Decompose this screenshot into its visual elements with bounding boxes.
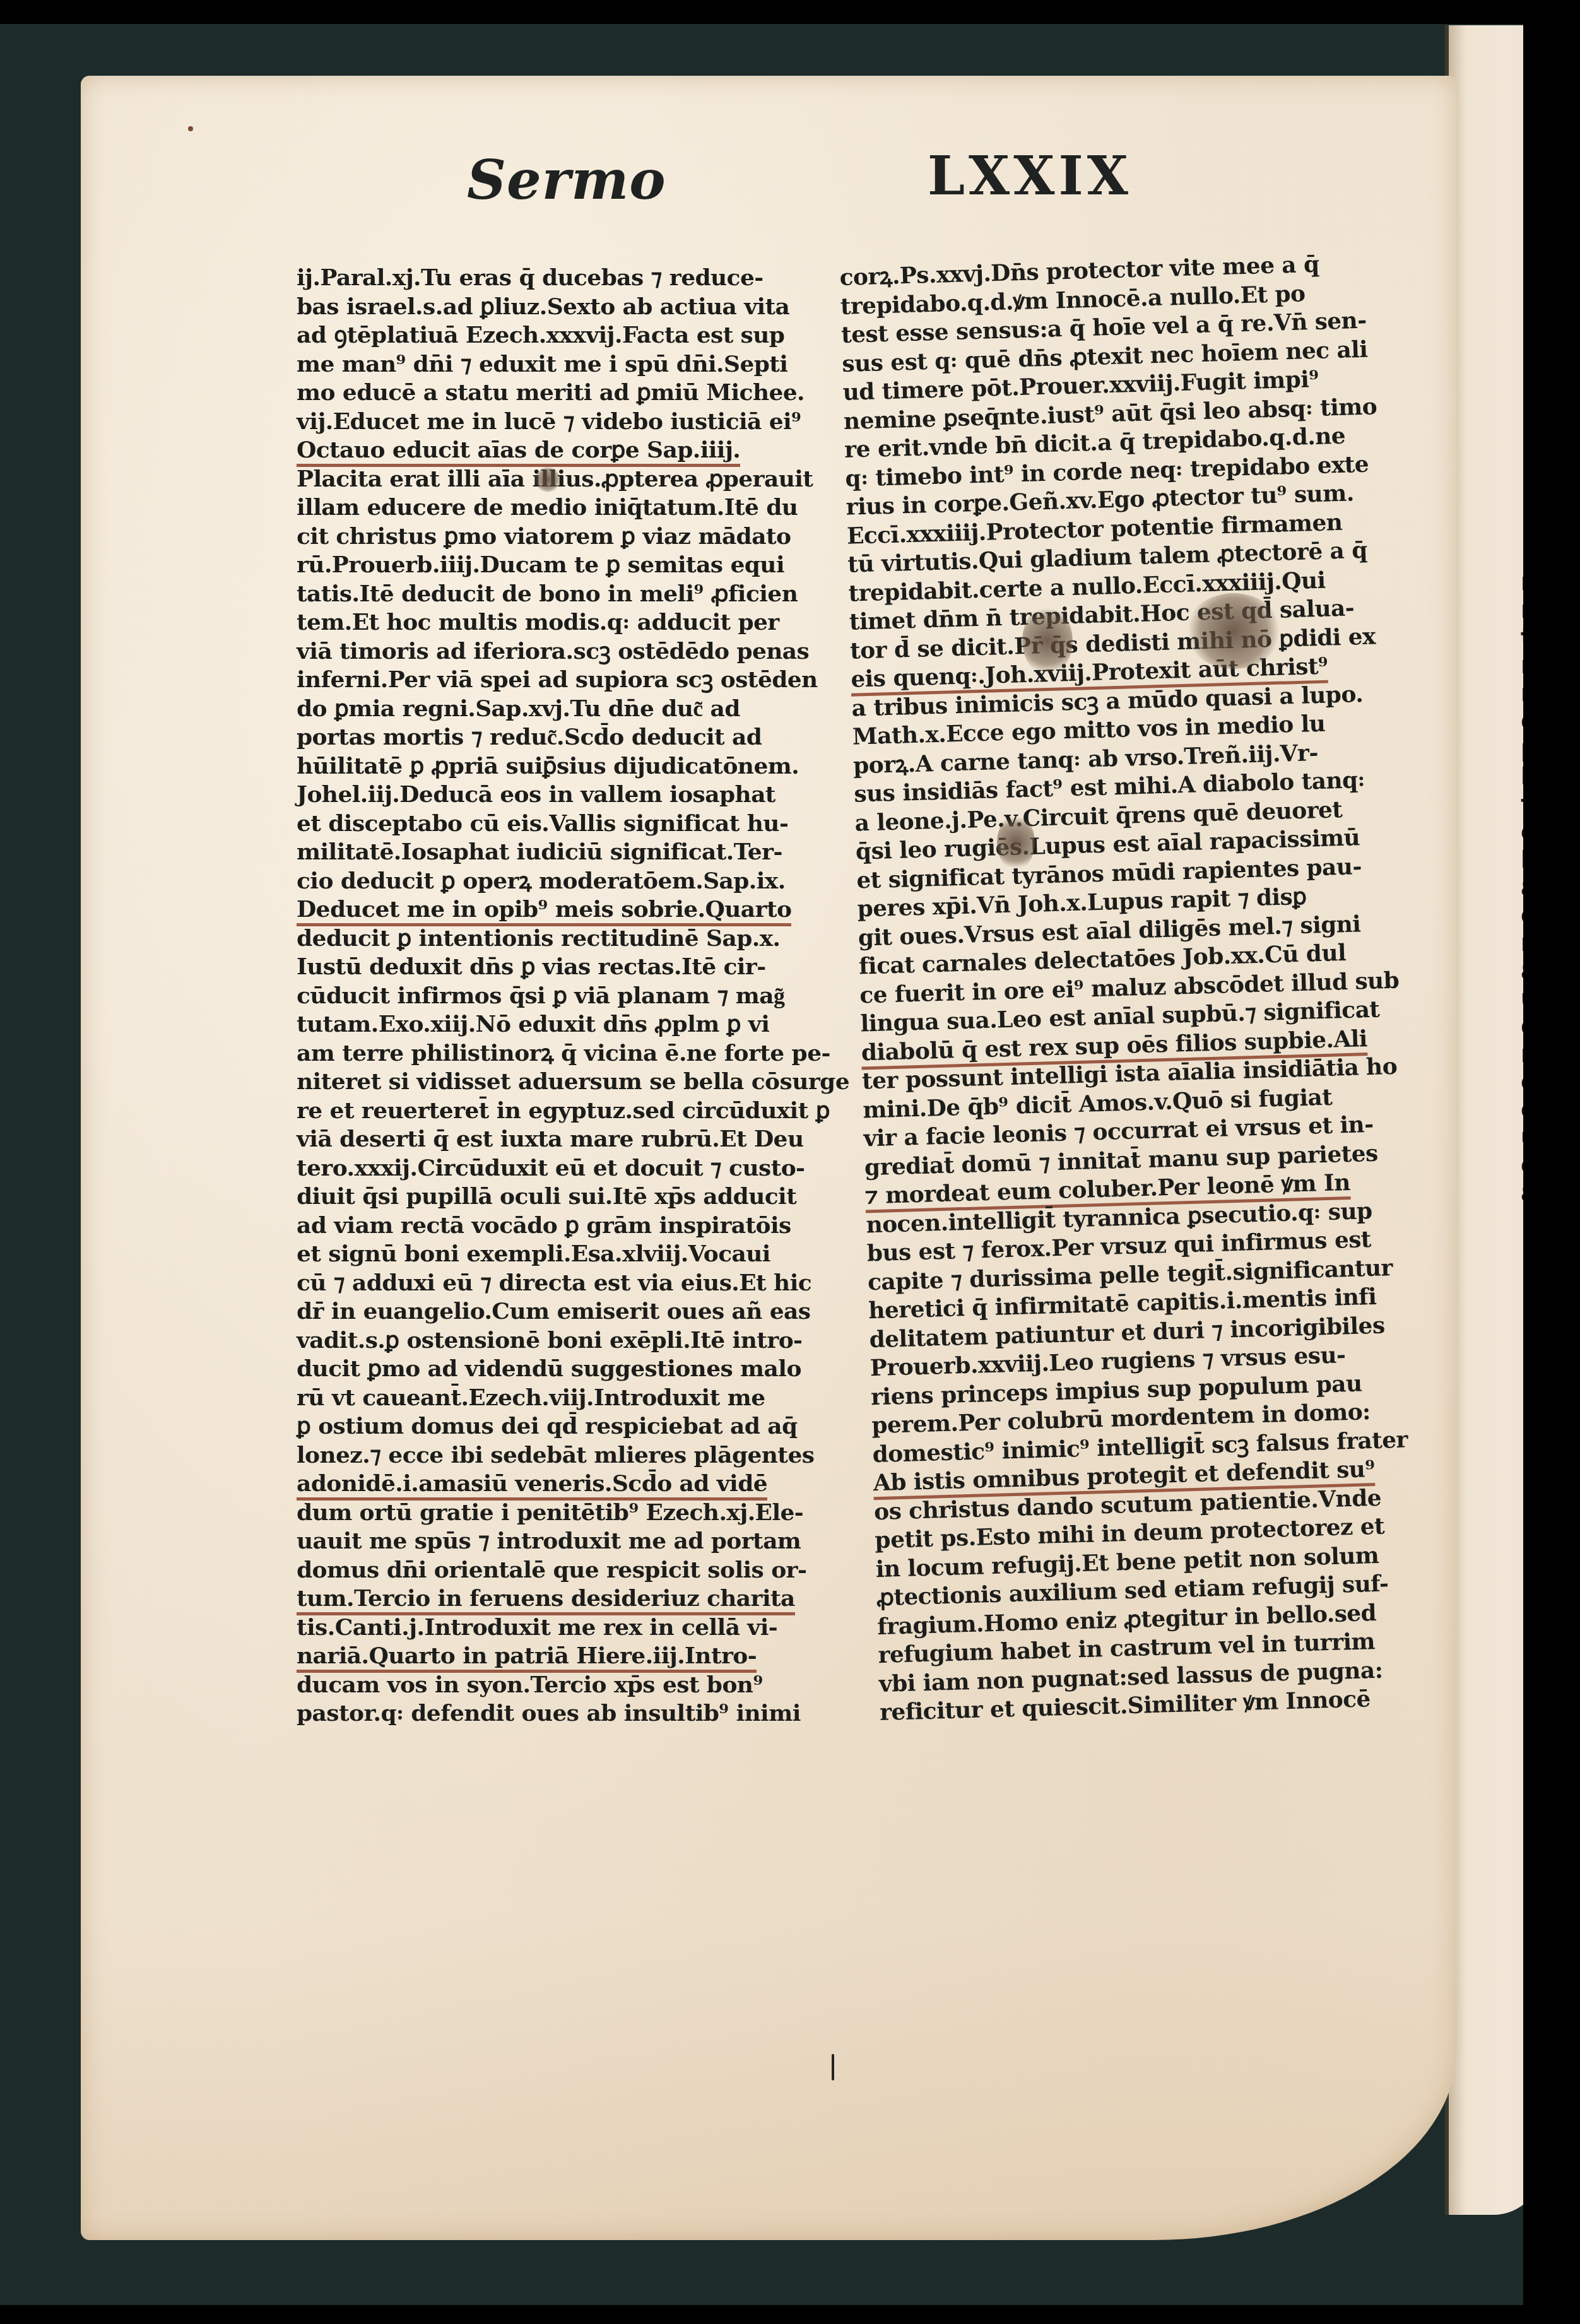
scan-border-top	[0, 0, 1580, 24]
rubricated-line: Octauo educit aīas de corꝑe Sap.iiij.	[297, 437, 740, 467]
text-line: niteret si vidisset aduersum se bella cō…	[297, 1068, 820, 1097]
text-line: cit christus ꝑmo viatorem ꝑ viaz mādato	[297, 522, 820, 552]
scan-border-bottom	[0, 2305, 1580, 2324]
text-line: cūducit infirmos q̄si ꝑ viā planam ⁊ mag…	[297, 982, 820, 1011]
text-line: Johel.iij.Deducā eos in vallem iosaphat	[297, 781, 820, 810]
text-line: Octauo educit aīas de corꝑe Sap.iiij.	[297, 436, 820, 465]
text-line: tutam.Exo.xiij.Nō eduxit dn̄s ꝓplm ꝑ vi	[297, 1010, 820, 1039]
text-line: et disceptabo cū eis.Vallis significat h…	[297, 810, 820, 839]
text-line: ducit ꝑmo ad videndū suggestiones malo	[297, 1355, 820, 1384]
foxing-spot	[188, 126, 193, 131]
ink-stain	[535, 467, 560, 492]
ink-stain	[997, 814, 1035, 871]
rubricated-line: tum.Tercio in feruens desideriuz charita	[297, 1585, 795, 1615]
text-line: mo educē a statu meriti ad ꝑmiū Michee.	[297, 379, 820, 408]
text-line: et signū boni exempli.Esa.xlviij.Vocaui	[297, 1240, 820, 1269]
text-line: do ꝑmia regni.Sap.xvj.Tu dn̄e duc͂ ad	[297, 695, 820, 724]
text-line: ducam vos in syon.Tercio xp̄s est bon⁹	[297, 1671, 820, 1700]
text-line: rū.Prouerb.iiij.Ducam te ꝑ semitas equi	[297, 551, 820, 580]
signature-mark	[832, 2054, 834, 2080]
text-line: ad ꝯtēplatiuā Ezech.xxxvij.Facta est sup	[297, 321, 820, 350]
text-line: bas israel.s.ad ꝑliuz.Sexto ab actiua vi…	[297, 293, 820, 322]
scan-border-right	[1523, 0, 1580, 2324]
text-line: hūilitatē ꝑ ꝓpriā suiꝑ̄sius dijudicatōne…	[297, 752, 820, 781]
text-line: tatis.Itē deducit de bono in meli⁹ ꝓfici…	[297, 580, 820, 609]
text-line: cū ⁊ adduxi eū ⁊ directa est via eius.Et…	[297, 1269, 820, 1298]
text-line: inferni.Per viā spei ad supiora scꝫ ostē…	[297, 666, 820, 695]
text-line: me man⁹ dn̄i ⁊ eduxit me i spū dn̄i.Sept…	[297, 350, 820, 379]
text-line: viā timoris ad iferiora.scꝫ ostēdēdo pen…	[297, 637, 820, 666]
text-line: Deducet me in opib⁹ meis sobrie.Quarto	[297, 895, 820, 924]
text-line: dr̄ in euangelio.Cum emiserit oues añ ea…	[297, 1297, 820, 1326]
text-line: diuit q̄si pupillā oculi sui.Itē xp̄s ad…	[297, 1183, 820, 1212]
text-column-right: corꝝ.Ps.xxvj.Dn̄s protector vite mee a q…	[839, 249, 1429, 1728]
text-line: tem.Et hoc multis modis.q꞉ adducit per	[297, 608, 820, 637]
rubricated-line: adonidē.i.amasiū veneris.Scd̄o ad vidē	[297, 1470, 767, 1501]
text-line: militatē.Iosaphat iudiciū significat.Ter…	[297, 838, 820, 867]
text-line: nariā.Quarto in patriā Hiere.iij.Intro-	[297, 1642, 820, 1671]
text-line: ꝑ ostium domus dei qd̄ respiciebat ad aq…	[297, 1412, 820, 1441]
text-line: tis.Canti.j.Introduxit me rex in cellā v…	[297, 1613, 820, 1643]
text-line: am terre philistinorꝝ q̄ vicina ē.ne for…	[297, 1039, 820, 1068]
text-line: tum.Tercio in feruens desideriuz charita	[297, 1584, 820, 1613]
text-line: re et reuerteret̄ in egyptuz.sed circūdu…	[297, 1097, 820, 1126]
text-line: adonidē.i.amasiū veneris.Scd̄o ad vidē	[297, 1470, 820, 1499]
text-line: ad viam rectā vocādo ꝑ grām inspiratōis	[297, 1212, 820, 1241]
text-line: ij.Paral.xj.Tu eras q̄ ducebas ⁊ reduce-	[297, 264, 820, 293]
text-line: domus dn̄i orientalē que respicit solis …	[297, 1556, 820, 1585]
text-line: vij.Educet me in lucē ⁊ videbo iusticiā …	[297, 408, 820, 437]
running-head: Sermo LXXIX	[0, 136, 1580, 218]
text-line: pastor.q꞉ defendit oues ab insultib⁹ ini…	[297, 1699, 820, 1728]
rubricated-line: nariā.Quarto in patriā Hiere.iij.Intro-	[297, 1643, 757, 1673]
text-line: portas mortis ⁊ reduc͂.Scd̄o deducit ad	[297, 723, 820, 752]
ink-stain	[1186, 593, 1281, 669]
text-line: illam educere de medio iniq̄tatum.Itē du	[297, 493, 820, 522]
ink-stain	[1022, 606, 1073, 675]
running-head-title: Sermo	[467, 148, 666, 212]
folio-number: LXXIX	[928, 145, 1132, 207]
rubricated-line: Deducet me in opib⁹ meis sobrie.Quarto	[297, 896, 791, 926]
text-line: lonez.⁊ ecce ibi sedebāt mlieres plāgent…	[297, 1441, 820, 1470]
text-line: uauit me spūs ⁊ introduxit me ad portam	[297, 1527, 820, 1556]
text-line: cio deducit ꝑ operꝝ moderatōem.Sap.ix.	[297, 867, 820, 896]
text-line: Iustū deduxit dn̄s ꝑ vias rectas.Itē cir…	[297, 953, 820, 982]
text-line: dum ortū gratie i penitētib⁹ Ezech.xj.El…	[297, 1499, 820, 1528]
text-line: rū vt caueant̄.Ezech.viij.Introduxit me	[297, 1384, 820, 1413]
text-line: viā deserti q̄ est iuxta mare rubrū.Et D…	[297, 1125, 820, 1154]
text-line: tero.xxxij.Circūduxit eū et docuit ⁊ cus…	[297, 1154, 820, 1183]
text-line: vadit.s.ꝑ ostensionē boni exēpli.Itē int…	[297, 1326, 820, 1355]
text-line: deducit ꝑ intentionis rectitudinē Sap.x.	[297, 924, 820, 953]
